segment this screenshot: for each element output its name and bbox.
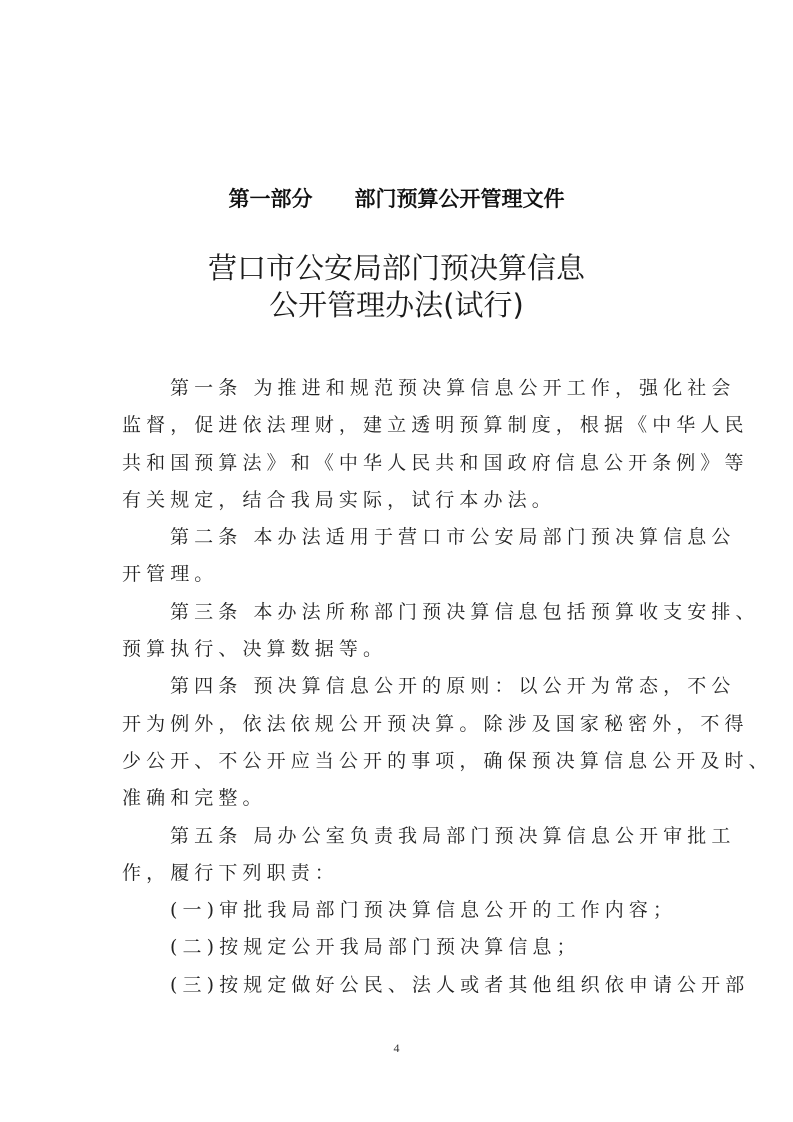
body-line: 第四条 预决算信息公开的原则：以公开为常态，不公 xyxy=(122,668,674,705)
body-line: 第三条 本办法所称部门预决算信息包括预算收支安排、 xyxy=(122,594,674,631)
body-line: 预算执行、决算数据等。 xyxy=(122,631,674,668)
body-line: (一)审批我局部门预决算信息公开的工作内容； xyxy=(122,892,674,929)
title-line-2: 公开管理办法(试行) xyxy=(0,287,793,324)
body-line: 共和国预算法》和《中华人民共和国政府信息公开条例》等 xyxy=(122,445,674,482)
body-line: 第五条 局办公室负责我局部门预决算信息公开审批工 xyxy=(122,818,674,855)
document-body: 第一条 为推进和规范预决算信息公开工作，强化社会监督，促进依法理财，建立透明预算… xyxy=(122,370,674,1004)
title-line-1: 营口市公安局部门预决算信息 xyxy=(0,250,793,287)
body-line: 开为例外，依法依规公开预决算。除涉及国家秘密外，不得 xyxy=(122,706,674,743)
part-heading: 第一部分 部门预算公开管理文件 xyxy=(0,183,793,213)
body-line: 有关规定，结合我局实际，试行本办法。 xyxy=(122,482,674,519)
document-page: 第一部分 部门预算公开管理文件 营口市公安局部门预决算信息 公开管理办法(试行)… xyxy=(0,0,793,1122)
body-line: 监督，促进依法理财，建立透明预算制度，根据《中华人民 xyxy=(122,407,674,444)
body-line: 少公开、不公开应当公开的事项，确保预决算信息公开及时、 xyxy=(122,743,674,780)
body-line: (三)按规定做好公民、法人或者其他组织依申请公开部 xyxy=(122,967,674,1004)
page-number: 4 xyxy=(0,1041,793,1056)
body-line: 第一条 为推进和规范预决算信息公开工作，强化社会 xyxy=(122,370,674,407)
body-line: (二)按规定公开我局部门预决算信息； xyxy=(122,929,674,966)
body-line: 准确和完整。 xyxy=(122,780,674,817)
document-title: 营口市公安局部门预决算信息 公开管理办法(试行) xyxy=(0,250,793,324)
body-line: 第二条 本办法适用于营口市公安局部门预决算信息公 xyxy=(122,519,674,556)
body-line: 开管理。 xyxy=(122,556,674,593)
body-line: 作，履行下列职责： xyxy=(122,855,674,892)
